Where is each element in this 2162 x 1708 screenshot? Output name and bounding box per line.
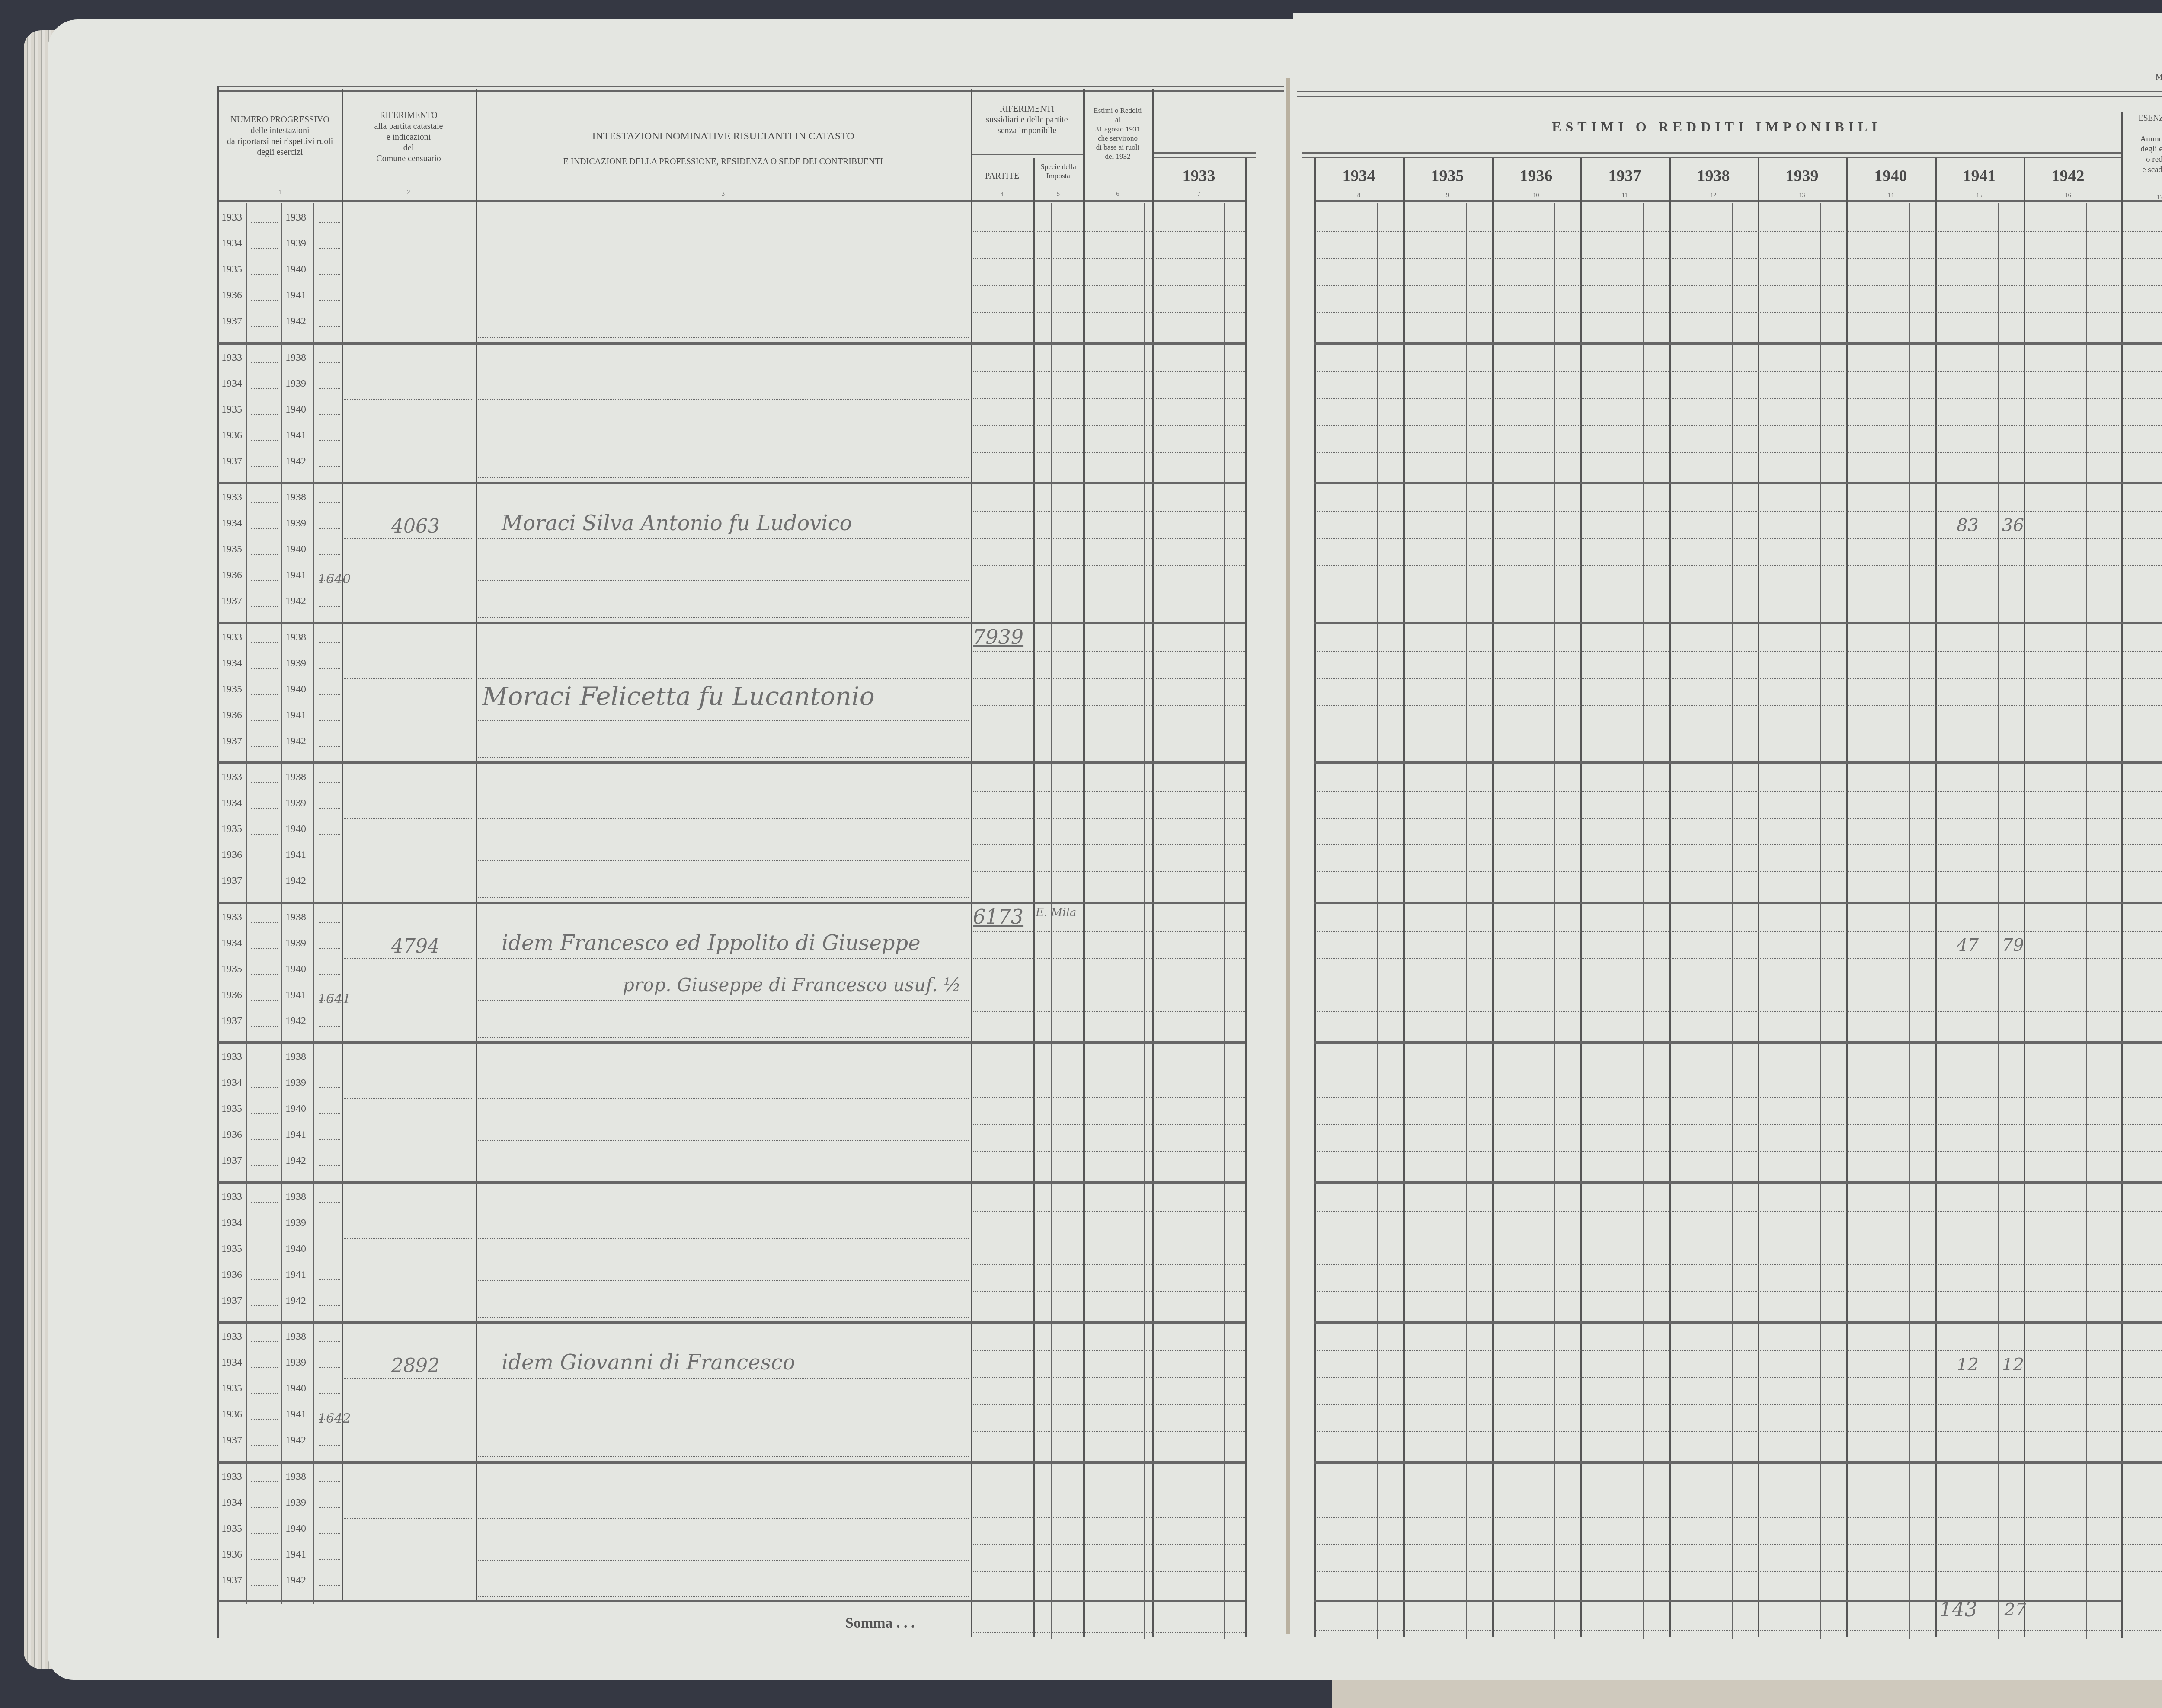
dotted-line bbox=[973, 425, 1083, 426]
dotted-line bbox=[251, 1367, 278, 1368]
dotted-line bbox=[317, 1062, 340, 1062]
col2-number: 2 bbox=[342, 189, 476, 196]
dotted-line bbox=[251, 1507, 278, 1508]
estimo-1941-lire: 47 bbox=[1957, 935, 1979, 955]
header-esenzioni: ESENZIONI — Ammontare degli estimi o red… bbox=[2121, 113, 2162, 175]
year-label: 1937 bbox=[221, 456, 242, 467]
dotted-line bbox=[478, 1000, 969, 1001]
dotted-line bbox=[251, 326, 278, 327]
top-rule-left bbox=[218, 86, 1284, 92]
year-label: 1938 bbox=[285, 912, 306, 923]
year-label: 1936 bbox=[221, 569, 242, 581]
dotted-line bbox=[317, 642, 340, 643]
dotted-line bbox=[973, 1264, 1083, 1265]
dotted-line bbox=[973, 452, 1083, 453]
year-label: 1938 bbox=[285, 352, 306, 364]
estimo-1941-cent: 79 bbox=[2002, 935, 2024, 955]
col-number: 8 bbox=[1314, 192, 1403, 199]
header-col3-subtitle: E INDICAZIONE DELLA PROFESSIONE, RESIDEN… bbox=[476, 157, 971, 167]
vline bbox=[1758, 158, 1759, 1637]
dotted-line bbox=[973, 231, 1083, 232]
block-rule-right bbox=[1314, 1181, 2162, 1184]
dotted-line bbox=[251, 440, 278, 441]
year-label: 1940 bbox=[285, 684, 306, 695]
dotted-line bbox=[973, 1404, 1083, 1405]
dotted-line bbox=[1085, 231, 1245, 232]
vline bbox=[1245, 158, 1247, 1637]
partite-ref: 6173 bbox=[973, 905, 1023, 928]
dotted-line bbox=[2123, 985, 2162, 985]
dotted-line bbox=[317, 1087, 340, 1088]
year-label: 1933 bbox=[221, 1471, 242, 1483]
dotted-line bbox=[317, 274, 340, 275]
vline bbox=[1669, 158, 1671, 1637]
year-label: 1939 bbox=[285, 1497, 306, 1509]
dotted-line bbox=[1085, 1238, 1245, 1238]
dotted-line bbox=[251, 1419, 278, 1420]
col-number: 12 bbox=[1669, 192, 1758, 199]
dotted-line bbox=[973, 1544, 1083, 1545]
dotted-line bbox=[317, 668, 340, 669]
estimo-1941-lire: 12 bbox=[1957, 1355, 1979, 1375]
dotted-line bbox=[478, 441, 969, 441]
col-number: 11 bbox=[1580, 192, 1669, 199]
dotted-line bbox=[317, 808, 340, 809]
year-label: 1937 bbox=[221, 1295, 242, 1307]
year-label: 1937 bbox=[221, 1015, 242, 1027]
binding-thread bbox=[1286, 78, 1290, 1634]
header-col6-line: di base ai ruoli bbox=[1083, 143, 1152, 152]
year-label: 1940 bbox=[285, 823, 306, 835]
estimo-1941-cent: 12 bbox=[2002, 1355, 2024, 1375]
dotted-line bbox=[317, 554, 340, 555]
header-bottom-rule-right bbox=[1314, 200, 2162, 202]
dotted-line bbox=[1317, 1071, 2119, 1071]
header-riferimenti-line: sussidiari e delle partite bbox=[971, 115, 1083, 125]
dotted-line bbox=[251, 1000, 278, 1001]
vline bbox=[1314, 158, 1316, 1637]
header-riferimenti: RIFERIMENTI sussidiari e delle partite s… bbox=[971, 104, 1083, 136]
dotted-line bbox=[317, 362, 340, 363]
year-label: 1941 bbox=[285, 430, 306, 441]
dotted-line bbox=[2123, 592, 2162, 592]
dotted-line bbox=[317, 1279, 340, 1280]
dotted-line bbox=[973, 732, 1083, 732]
dotted-line bbox=[2123, 1071, 2162, 1071]
dotted-line bbox=[251, 1341, 278, 1342]
dotted-line bbox=[251, 1087, 278, 1088]
dotted-line bbox=[1317, 1124, 2119, 1125]
year-label: 1938 bbox=[285, 1331, 306, 1343]
dotted-line bbox=[478, 399, 969, 400]
dotted-line bbox=[251, 746, 278, 747]
dotted-line bbox=[344, 1098, 473, 1099]
dotted-line bbox=[317, 782, 340, 783]
header-esenzioni-line: Ammontare bbox=[2121, 134, 2162, 144]
year-label: 1940 bbox=[285, 264, 306, 275]
dotted-line bbox=[478, 757, 969, 758]
year-label: 1941 bbox=[285, 849, 306, 861]
dotted-line bbox=[251, 720, 278, 721]
dotted-line bbox=[1085, 565, 1245, 566]
dotted-line bbox=[251, 808, 278, 809]
vline bbox=[2121, 112, 2123, 1638]
dotted-line bbox=[973, 285, 1083, 286]
header-year-1940: 1940 bbox=[1846, 166, 1935, 186]
header-col6-title: Estimi o Redditi bbox=[1083, 106, 1152, 115]
dotted-line bbox=[1317, 651, 2119, 652]
dotted-line bbox=[317, 1559, 340, 1560]
header-bottom-rule-left bbox=[218, 200, 1245, 202]
col7-rule bbox=[1152, 152, 1256, 158]
dotted-line bbox=[1317, 538, 2119, 539]
dotted-line bbox=[2123, 1431, 2162, 1432]
dotted-line bbox=[1085, 1431, 1245, 1432]
year-label: 1938 bbox=[285, 1471, 306, 1483]
dotted-line bbox=[1317, 592, 2119, 592]
vline bbox=[342, 89, 343, 1602]
block-rule-left bbox=[218, 1181, 1245, 1184]
dotted-line bbox=[251, 1445, 278, 1446]
dotted-line bbox=[2123, 791, 2162, 792]
dotted-line bbox=[478, 897, 969, 898]
dotted-line bbox=[251, 274, 278, 275]
dotted-line bbox=[1317, 398, 2119, 399]
dotted-line bbox=[1317, 732, 2119, 732]
dotted-line bbox=[973, 1211, 1083, 1212]
dotted-line bbox=[251, 502, 278, 503]
dotted-line bbox=[1317, 425, 2119, 426]
year-label: 1941 bbox=[285, 710, 306, 721]
dotted-line bbox=[973, 1571, 1083, 1572]
dotted-line bbox=[1085, 818, 1245, 819]
col5-number: 5 bbox=[1033, 191, 1083, 198]
dotted-line bbox=[1317, 1571, 2119, 1572]
header-year-1938: 1938 bbox=[1669, 166, 1758, 186]
dotted-line bbox=[973, 1071, 1083, 1071]
dotted-line bbox=[1085, 1517, 1245, 1518]
header-year-1935: 1935 bbox=[1403, 166, 1492, 186]
year-label: 1939 bbox=[285, 797, 306, 809]
dotted-line bbox=[2123, 565, 2162, 566]
dotted-line bbox=[251, 1393, 278, 1394]
dotted-line bbox=[973, 1238, 1083, 1238]
dotted-line bbox=[317, 1113, 340, 1114]
dotted-line bbox=[251, 466, 278, 467]
dotted-line bbox=[2123, 1097, 2162, 1098]
final-rule-left bbox=[218, 1600, 1245, 1602]
right-page bbox=[1293, 13, 2162, 1680]
dotted-line bbox=[317, 1305, 340, 1306]
dotted-line bbox=[478, 1456, 969, 1457]
dotted-line bbox=[973, 818, 1083, 819]
vline bbox=[1846, 158, 1848, 1637]
dotted-line bbox=[973, 705, 1083, 706]
dotted-line bbox=[251, 642, 278, 643]
dotted-line bbox=[1085, 1491, 1245, 1491]
years-rule bbox=[1302, 152, 2121, 158]
dotted-line bbox=[1085, 844, 1245, 845]
year-label: 1942 bbox=[285, 1015, 306, 1027]
year-label: 1934 bbox=[221, 1357, 242, 1369]
dotted-line bbox=[2123, 1517, 2162, 1518]
year-label: 1941 bbox=[285, 1129, 306, 1141]
dotted-line bbox=[317, 886, 340, 886]
block-rule-right bbox=[1314, 342, 2162, 345]
year-label: 1939 bbox=[285, 937, 306, 949]
dotted-line bbox=[973, 931, 1083, 932]
vline bbox=[1935, 158, 1937, 1637]
dotted-line bbox=[317, 606, 340, 607]
year-label: 1942 bbox=[285, 456, 306, 467]
dotted-line bbox=[317, 388, 340, 389]
dotted-line bbox=[251, 1585, 278, 1586]
dotted-line bbox=[2123, 1211, 2162, 1212]
dotted-line bbox=[478, 1317, 969, 1318]
year-label: 1939 bbox=[285, 238, 306, 249]
dotted-line bbox=[478, 1560, 969, 1561]
specie-imposta: E. Mila bbox=[1036, 906, 1076, 919]
year-label: 1938 bbox=[285, 1051, 306, 1063]
dotted-line bbox=[1085, 398, 1245, 399]
dotted-line bbox=[344, 1518, 473, 1519]
somma-line-left bbox=[971, 1632, 1245, 1633]
dotted-line bbox=[251, 1165, 278, 1166]
header-col1: NUMERO PROGRESSIVO delle intestazioni da… bbox=[218, 115, 342, 158]
vline-thin bbox=[1643, 203, 1644, 1639]
dotted-line bbox=[251, 222, 278, 223]
header-col1-line: delle intestazioni bbox=[218, 125, 342, 136]
dotted-line bbox=[251, 782, 278, 783]
header-col2-line: Comune censuario bbox=[342, 154, 476, 164]
dotted-line bbox=[344, 259, 473, 259]
dotted-line bbox=[973, 1291, 1083, 1292]
block-rule-right bbox=[1314, 482, 2162, 484]
dotted-line bbox=[1317, 452, 2119, 453]
year-label: 1938 bbox=[285, 1191, 306, 1203]
dotted-line bbox=[2123, 312, 2162, 313]
year-label: 1936 bbox=[221, 1269, 242, 1281]
dotted-line bbox=[2123, 958, 2162, 959]
taxpayer-detail: Moraci Felicetta fu Lucantonio bbox=[482, 681, 875, 711]
somma-line-right bbox=[1314, 1630, 2162, 1631]
year-label: 1936 bbox=[221, 1409, 242, 1420]
dotted-line bbox=[478, 1280, 969, 1281]
dotted-line bbox=[1317, 285, 2119, 286]
dotted-line bbox=[317, 1367, 340, 1368]
dotted-line bbox=[1085, 1291, 1245, 1292]
dotted-line bbox=[251, 1279, 278, 1280]
dotted-line bbox=[973, 312, 1083, 313]
dotted-line bbox=[2123, 705, 2162, 706]
dotted-line bbox=[478, 1420, 969, 1420]
vline-thin bbox=[1224, 203, 1225, 1639]
vline-thin bbox=[1998, 203, 1999, 1639]
dotted-line bbox=[1085, 931, 1245, 932]
header-esenzioni-title: ESENZIONI bbox=[2121, 113, 2162, 124]
dotted-line bbox=[1085, 1544, 1245, 1545]
dotted-line bbox=[1085, 538, 1245, 539]
year-label: 1936 bbox=[221, 430, 242, 441]
vline-thin bbox=[2086, 203, 2087, 1639]
dotted-line bbox=[973, 1350, 1083, 1351]
dotted-line bbox=[251, 668, 278, 669]
header-esenzioni-line: degli estimi bbox=[2121, 144, 2162, 154]
dotted-line bbox=[344, 399, 473, 400]
dotted-line bbox=[478, 301, 969, 301]
block-rule-left bbox=[218, 622, 1245, 624]
left-border bbox=[217, 86, 219, 1638]
dotted-line bbox=[1317, 1491, 2119, 1491]
dotted-line bbox=[1317, 791, 2119, 792]
col-number: 9 bbox=[1403, 192, 1492, 199]
year-label: 1935 bbox=[221, 684, 242, 695]
header-col1-line: degli esercizi bbox=[218, 147, 342, 158]
col6-number: 6 bbox=[1083, 191, 1152, 198]
dotted-line bbox=[973, 1517, 1083, 1518]
dotted-line bbox=[1317, 1211, 2119, 1212]
dotted-line bbox=[1317, 258, 2119, 259]
dotted-line bbox=[1085, 258, 1245, 259]
block-rule-right bbox=[1314, 1321, 2162, 1324]
dotted-line bbox=[2123, 844, 2162, 845]
header-specie: Specie della Imposta bbox=[1033, 162, 1083, 181]
vline-thin bbox=[1051, 203, 1052, 1639]
block-rule-left bbox=[218, 342, 1245, 345]
dotted-line bbox=[1085, 1377, 1245, 1378]
dotted-line bbox=[1085, 1264, 1245, 1265]
dotted-line bbox=[2123, 231, 2162, 232]
year-label: 1937 bbox=[221, 316, 242, 327]
dotted-line bbox=[317, 1481, 340, 1482]
dotted-line bbox=[1317, 985, 2119, 985]
dotted-line bbox=[478, 958, 969, 959]
year-label: 1934 bbox=[221, 238, 242, 249]
dotted-line bbox=[251, 580, 278, 581]
dotted-line bbox=[317, 834, 340, 835]
block-rule-left bbox=[218, 761, 1245, 764]
vline-thin bbox=[1377, 203, 1378, 1639]
dotted-line bbox=[251, 974, 278, 975]
year-label: 1937 bbox=[221, 1575, 242, 1586]
dotted-line bbox=[251, 1113, 278, 1114]
dotted-line bbox=[2123, 1544, 2162, 1545]
estimi-group-title: ESTIMI O REDDITI IMPONIBILI bbox=[1314, 119, 2119, 135]
dotted-line bbox=[1085, 1350, 1245, 1351]
dotted-line bbox=[973, 511, 1083, 512]
dotted-line bbox=[478, 580, 969, 581]
dotted-line bbox=[1085, 651, 1245, 652]
year-label: 1934 bbox=[221, 797, 242, 809]
header-year-1937: 1937 bbox=[1580, 166, 1669, 186]
header-col2: RIFERIMENTO alla partita catastale e ind… bbox=[342, 110, 476, 164]
dotted-line bbox=[2123, 678, 2162, 679]
dotted-line bbox=[1317, 871, 2119, 872]
vline bbox=[971, 89, 972, 1637]
dotted-line bbox=[478, 538, 969, 539]
dotted-line bbox=[1085, 732, 1245, 732]
dotted-line bbox=[478, 818, 969, 819]
dotted-line bbox=[317, 860, 340, 860]
block-rule-left bbox=[218, 482, 1245, 484]
year-label: 1935 bbox=[221, 1383, 242, 1395]
year-label: 1940 bbox=[285, 1383, 306, 1395]
dotted-line bbox=[1317, 1011, 2119, 1012]
dotted-line bbox=[1317, 705, 2119, 706]
dotted-line bbox=[973, 958, 1083, 959]
dotted-line bbox=[1317, 931, 2119, 932]
year-label: 1936 bbox=[221, 849, 242, 861]
year-label: 1940 bbox=[285, 1523, 306, 1535]
dotted-line bbox=[1317, 1544, 2119, 1545]
header-col6-line: che servirono bbox=[1083, 134, 1152, 143]
dotted-line bbox=[251, 1254, 278, 1254]
year-label: 1937 bbox=[221, 736, 242, 747]
dotted-line bbox=[2123, 931, 2162, 932]
dotted-line bbox=[251, 948, 278, 949]
block-rule-left bbox=[218, 1461, 1245, 1464]
form-model-tag: Mod. 111 - Imposte Dirette (Intercalare)… bbox=[2156, 73, 2162, 82]
year-label: 1933 bbox=[221, 1331, 242, 1343]
dotted-line bbox=[317, 440, 340, 441]
year-label: 1934 bbox=[221, 937, 242, 949]
header-esenzioni-line: o redditi bbox=[2121, 154, 2162, 165]
dotted-line bbox=[1317, 1517, 2119, 1518]
vline bbox=[2024, 158, 2025, 1637]
dotted-line bbox=[1317, 565, 2119, 566]
block-rule-right bbox=[1314, 622, 2162, 624]
dotted-line bbox=[317, 694, 340, 695]
col7-number: 7 bbox=[1152, 191, 1245, 198]
year-label: 1942 bbox=[285, 316, 306, 327]
dotted-line bbox=[317, 1254, 340, 1254]
dotted-line bbox=[2123, 871, 2162, 872]
year-label: 1939 bbox=[285, 1077, 306, 1089]
dotted-line bbox=[317, 1445, 340, 1446]
dotted-line bbox=[2123, 1377, 2162, 1378]
dotted-line bbox=[1085, 1124, 1245, 1125]
dotted-line bbox=[1317, 231, 2119, 232]
dotted-line bbox=[317, 1393, 340, 1394]
year-label: 1934 bbox=[221, 518, 242, 529]
dotted-line bbox=[2123, 1571, 2162, 1572]
dotted-line bbox=[317, 300, 340, 301]
dotted-line bbox=[344, 1238, 473, 1239]
dotted-line bbox=[1085, 1151, 1245, 1152]
year-label: 1933 bbox=[221, 771, 242, 783]
year-label: 1935 bbox=[221, 1523, 242, 1535]
dotted-line bbox=[1085, 1211, 1245, 1212]
dotted-line bbox=[973, 985, 1083, 985]
col-number: 15 bbox=[1935, 192, 2024, 199]
year-label: 1941 bbox=[285, 569, 306, 581]
block-rule-left bbox=[218, 1041, 1245, 1044]
dotted-line bbox=[2123, 398, 2162, 399]
vline-thin bbox=[1909, 203, 1910, 1639]
dotted-line bbox=[251, 388, 278, 389]
dotted-line bbox=[973, 1151, 1083, 1152]
dotted-line bbox=[251, 694, 278, 695]
header-col2-title: RIFERIMENTO bbox=[342, 110, 476, 121]
vline bbox=[1083, 89, 1085, 1637]
year-label: 1941 bbox=[285, 1409, 306, 1420]
estimo-1941-cent: 36 bbox=[2002, 515, 2024, 535]
year-label: 1936 bbox=[221, 710, 242, 721]
year-label: 1936 bbox=[221, 290, 242, 301]
dotted-line bbox=[251, 1481, 278, 1482]
taxpayer-name: Moraci Silva Antonio fu Ludovico bbox=[502, 511, 852, 535]
vline-thin bbox=[1554, 203, 1555, 1639]
